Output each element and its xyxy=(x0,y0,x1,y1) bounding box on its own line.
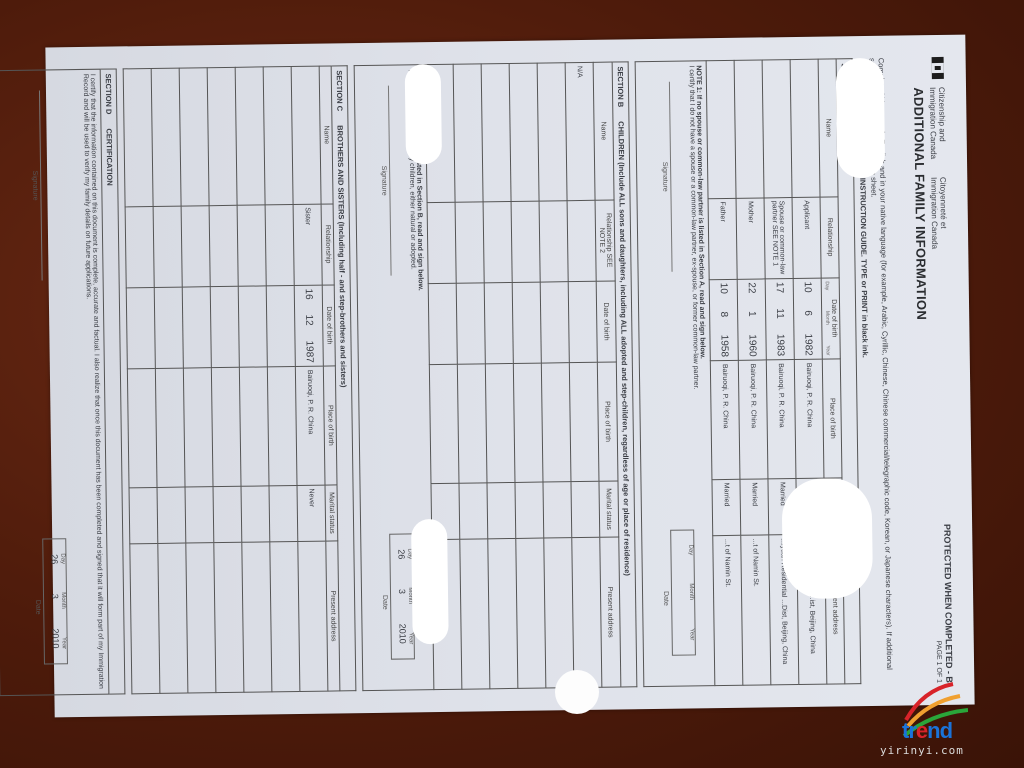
dob-cell[interactable] xyxy=(266,285,295,367)
watermark: trend yirinyi.com xyxy=(880,680,1010,760)
dob-cell[interactable] xyxy=(182,286,211,368)
form-cell[interactable] xyxy=(487,482,516,539)
canada-flag-icon xyxy=(932,57,944,79)
dob-cell[interactable] xyxy=(540,281,569,363)
form-cell[interactable] xyxy=(762,60,792,198)
form-cell[interactable] xyxy=(235,67,265,205)
form-cell[interactable]: Applicant xyxy=(792,197,821,279)
form-cell[interactable] xyxy=(481,63,511,201)
form-cell[interactable]: Father xyxy=(708,198,737,280)
form-cell[interactable] xyxy=(155,368,185,487)
certification-box: I certify that the information contained… xyxy=(0,69,109,696)
form-cell[interactable]: Spouse or common-law partner SEE NOTE 1 xyxy=(764,197,793,279)
form-cell[interactable]: N/A xyxy=(565,62,595,200)
form-title: ADDITIONAL FAMILY INFORMATION xyxy=(911,87,929,320)
form-cell[interactable] xyxy=(237,204,266,286)
form-cell[interactable]: Married xyxy=(712,479,741,536)
form-cell[interactable] xyxy=(429,364,459,483)
form-cell[interactable] xyxy=(516,538,546,688)
form-cell[interactable] xyxy=(242,542,272,692)
form-cell[interactable] xyxy=(543,481,572,538)
form-cell[interactable] xyxy=(186,543,216,693)
form-cell[interactable] xyxy=(207,67,237,205)
form-sheet: Citizenship and Immigration Canada Citoy… xyxy=(45,35,974,718)
form-cell[interactable] xyxy=(125,206,154,288)
dob-cell[interactable]: 1061982 xyxy=(793,278,822,360)
form-cell[interactable] xyxy=(151,68,181,206)
photo-area: Citizenship and Immigration Canada Citoy… xyxy=(50,36,970,716)
page-number: PAGE 1 OF 1 xyxy=(935,641,943,683)
form-cell[interactable] xyxy=(453,64,483,202)
form-cell[interactable] xyxy=(515,482,544,539)
form-cell[interactable] xyxy=(460,539,490,689)
form-cell[interactable] xyxy=(457,364,487,483)
form-cell[interactable]: Married xyxy=(740,479,769,536)
dob-cell[interactable] xyxy=(210,286,239,368)
form-cell[interactable] xyxy=(211,367,241,486)
form-cell[interactable] xyxy=(734,60,764,198)
form-cell[interactable] xyxy=(269,485,298,542)
certification-signature-line[interactable]: Signature xyxy=(30,91,43,281)
form-cell[interactable]: Bairuoqi, P. R. China xyxy=(766,360,796,479)
form-cell[interactable] xyxy=(569,362,599,481)
form-cell[interactable] xyxy=(291,66,321,204)
dob-cell[interactable] xyxy=(428,283,457,365)
note1-signature-line[interactable]: Signature xyxy=(660,82,673,272)
form-cell[interactable] xyxy=(455,201,484,283)
dob-cell[interactable] xyxy=(484,282,513,364)
form-cell[interactable]: Mother xyxy=(736,197,765,279)
form-cell[interactable] xyxy=(539,200,568,282)
dob-cell[interactable] xyxy=(126,287,155,369)
dob-cell[interactable] xyxy=(512,282,541,364)
form-cell[interactable] xyxy=(158,543,188,693)
form-cell[interactable] xyxy=(265,204,294,286)
form-cell[interactable]: Bairuoqi, P. R. China xyxy=(710,360,740,479)
form-cell[interactable] xyxy=(571,481,600,538)
form-cell[interactable] xyxy=(483,201,512,283)
form-cell[interactable] xyxy=(485,363,515,482)
form-cell[interactable] xyxy=(123,68,153,206)
form-cell[interactable] xyxy=(153,206,182,288)
redaction-blot xyxy=(781,478,873,599)
dob-cell[interactable] xyxy=(154,287,183,369)
department-fr: Citoyenneté et Immigration Canada xyxy=(929,177,948,249)
form-cell[interactable] xyxy=(511,201,540,283)
form-cell[interactable] xyxy=(263,67,293,205)
dob-cell[interactable]: 1081958 xyxy=(709,279,738,361)
form-cell[interactable]: ...t of Namin St. xyxy=(713,535,743,685)
form-cell[interactable] xyxy=(267,366,297,485)
dob-cell[interactable] xyxy=(568,281,597,363)
note2-signature-line[interactable]: Signature xyxy=(379,86,392,276)
form-cell[interactable] xyxy=(427,202,456,284)
form-cell[interactable] xyxy=(213,486,242,543)
form-cell[interactable] xyxy=(209,205,238,287)
form-cell[interactable] xyxy=(179,68,209,206)
dob-cell[interactable] xyxy=(238,286,267,368)
col-relationship: Relationship xyxy=(820,196,839,277)
form-cell[interactable]: Bairuoqi, P. R. China xyxy=(738,360,768,479)
col-place: Place of birth xyxy=(822,359,842,478)
form-cell[interactable] xyxy=(567,200,596,282)
form-cell[interactable] xyxy=(157,487,186,544)
section-b-table: Name Relationship SEE NOTE 2 Date of bir… xyxy=(425,62,622,691)
redaction-blot xyxy=(405,64,442,164)
form-cell[interactable] xyxy=(239,367,269,486)
note-1: NOTE 1: If no spouse or common-law partn… xyxy=(635,60,715,687)
form-cell[interactable] xyxy=(183,368,213,487)
redaction-blot xyxy=(836,58,886,179)
form-cell[interactable] xyxy=(488,538,518,688)
watermark-url: yirinyi.com xyxy=(880,744,964,757)
hole-punch xyxy=(555,670,599,714)
form-cell[interactable] xyxy=(298,541,328,691)
form-cell[interactable]: Bairuoqi, P. R. China xyxy=(794,359,824,478)
form-cell[interactable]: Sister xyxy=(293,204,322,286)
col-dob: Date of birth DayMonthYear xyxy=(821,278,840,359)
form-header: Citizenship and Immigration Canada Citoy… xyxy=(888,57,955,684)
department-en: Citizenship and Immigration Canada xyxy=(928,87,947,159)
form-cell[interactable] xyxy=(790,59,820,197)
form-cell[interactable] xyxy=(241,486,270,543)
dob-cell[interactable] xyxy=(456,283,485,365)
dob-cell[interactable]: 17111983 xyxy=(765,278,794,360)
certification-date-box[interactable]: DayMonthYear 2632010 xyxy=(42,538,68,664)
form-cell[interactable] xyxy=(572,537,602,687)
form-cell[interactable] xyxy=(544,538,574,688)
redaction-blot xyxy=(411,519,449,644)
form-cell[interactable] xyxy=(459,483,488,540)
form-cell[interactable] xyxy=(185,486,214,543)
form-cell[interactable] xyxy=(130,543,160,693)
section-c-table: Name Relationship Date of birth Place of… xyxy=(123,65,341,694)
form-cell[interactable] xyxy=(214,542,244,692)
form-cell[interactable] xyxy=(127,368,157,487)
form-cell[interactable] xyxy=(537,63,567,201)
dob-cell[interactable]: 16121987 xyxy=(294,285,323,367)
form-cell[interactable] xyxy=(513,363,543,482)
form-cell[interactable] xyxy=(706,60,736,198)
dob-cell[interactable]: 2211960 xyxy=(737,279,766,361)
form-cell[interactable] xyxy=(129,487,158,544)
form-cell[interactable]: ...t of Namin St. xyxy=(741,535,771,685)
form-cell[interactable]: Never xyxy=(297,485,326,542)
watermark-brand: trend xyxy=(902,718,952,744)
note1-date-box[interactable]: DayMonthYear xyxy=(670,529,696,655)
form-cell[interactable] xyxy=(509,63,539,201)
form-cell[interactable]: Bairuoqi, P. R. China xyxy=(295,366,325,485)
protected-label: PROTECTED WHEN COMPLETED - B xyxy=(942,524,954,683)
form-cell[interactable] xyxy=(181,205,210,287)
form-cell[interactable] xyxy=(270,541,300,691)
form-cell[interactable] xyxy=(541,363,571,482)
